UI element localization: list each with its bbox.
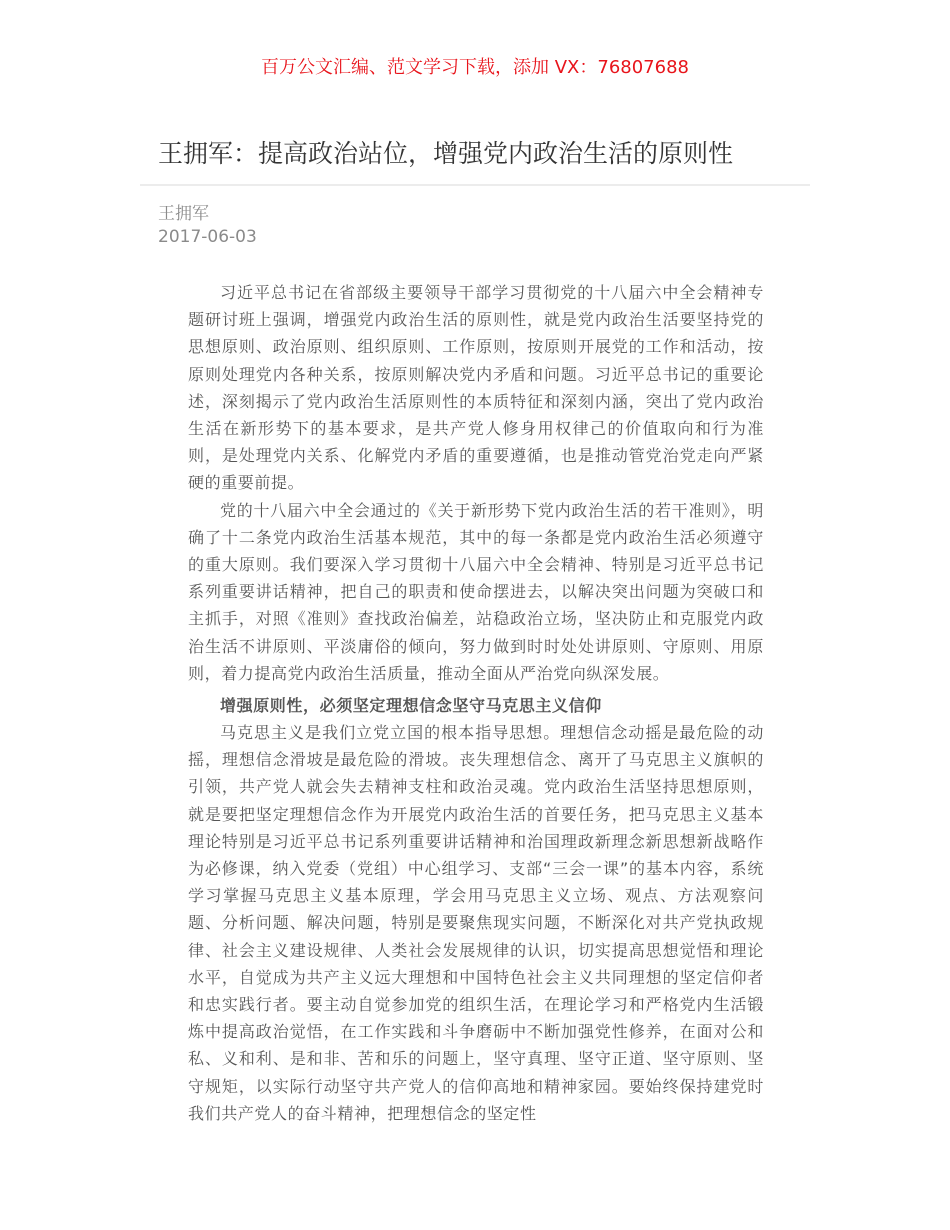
title-divider	[140, 184, 810, 186]
paragraph: 党的十八届六中全会通过的《关于新形势下党内政治生活的若干准则》，明确了十二条党内…	[188, 497, 764, 687]
promo-banner: 百万公文汇编、范文学习下载，添加 VX：76807688	[0, 56, 950, 80]
paragraph: 马克思主义是我们立党立国的根本指导思想。理想信念动摇是最危险的动摇，理想信念滑坡…	[188, 719, 764, 1127]
article-date: 2017-06-03	[158, 226, 257, 249]
article-author: 王拥军	[158, 203, 257, 226]
paragraph: 习近平总书记在省部级主要领导干部学习贯彻党的十八届六中全会精神专题研讨班上强调，…	[188, 279, 764, 497]
article-body: 习近平总书记在省部级主要领导干部学习贯彻党的十八届六中全会精神专题研讨班上强调，…	[188, 279, 764, 1127]
article-meta: 王拥军 2017-06-03	[158, 203, 257, 249]
article-title: 王拥军：提高政治站位，增强党内政治生活的原则性	[158, 136, 818, 172]
section-heading: 增强原则性，必须坚定理想信念坚守马克思主义信仰	[188, 693, 764, 719]
